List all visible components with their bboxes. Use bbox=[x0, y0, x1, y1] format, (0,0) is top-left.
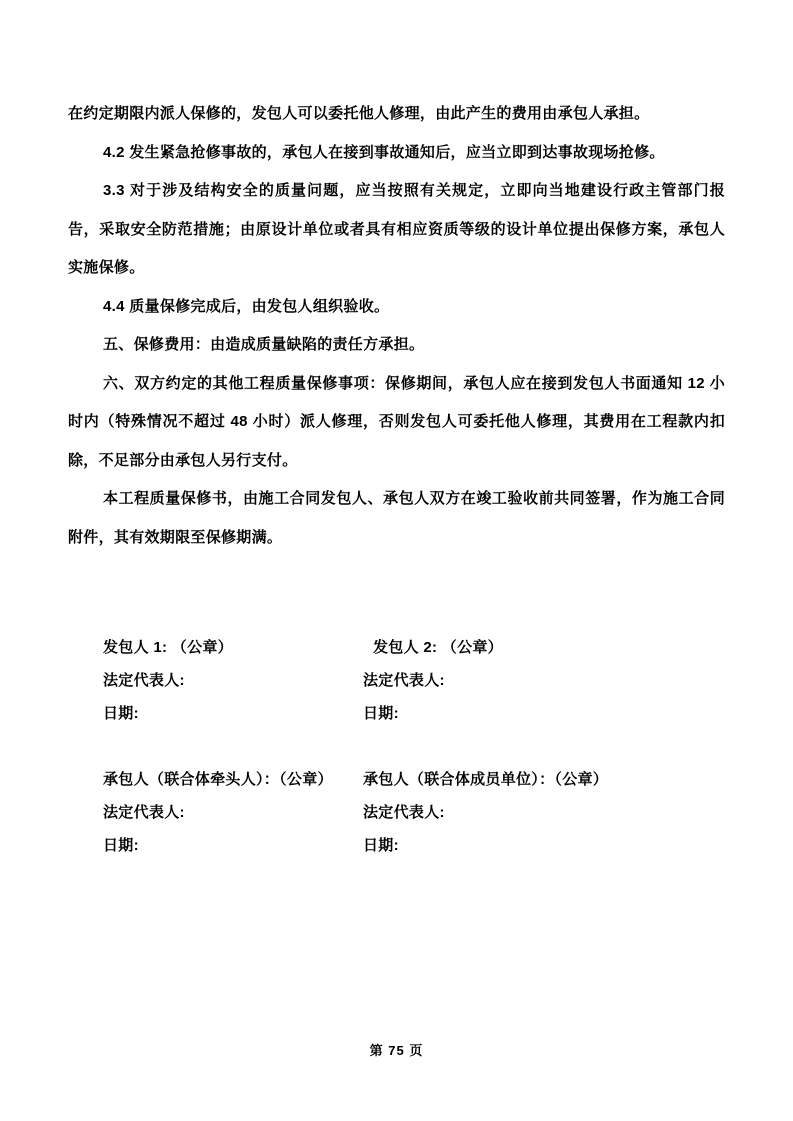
legal-representative-label: 法定代表人: bbox=[103, 664, 363, 697]
signature-employer-1: 发包人 1: （公章） 法定代表人: 日期: bbox=[103, 631, 363, 730]
signature-employer-2: 发包人 2: （公章） 法定代表人: 日期: bbox=[363, 631, 725, 730]
signature-contractor-member: 承包人（联合体成员单位）：（公章） 法定代表人: 日期: bbox=[363, 763, 725, 862]
paragraph-clause-3-3: 3.3 对于涉及结构安全的质量问题，应当按照有关规定，立即向当地建设行政主管部门… bbox=[68, 172, 725, 288]
signature-contractor-lead: 承包人（联合体牵头人）：（公章） 法定代表人: 日期: bbox=[103, 763, 363, 862]
legal-representative-label: 法定代表人: bbox=[363, 664, 725, 697]
signature-block-employer: 发包人 1: （公章） 法定代表人: 日期: 发包人 2: （公章） 法定代表人… bbox=[103, 631, 725, 730]
party-seal-label: 发包人 1: （公章） bbox=[103, 631, 363, 664]
page-number: 第 75 页 bbox=[0, 1040, 793, 1059]
signature-block-contractor: 承包人（联合体牵头人）：（公章） 法定代表人: 日期: 承包人（联合体成员单位）… bbox=[103, 763, 725, 862]
date-label: 日期: bbox=[103, 829, 363, 862]
date-label: 日期: bbox=[363, 829, 725, 862]
paragraph-clause-4-4: 4.4 质量保修完成后，由发包人组织验收。 bbox=[68, 288, 725, 327]
party-seal-label: 承包人（联合体成员单位）：（公章） bbox=[363, 763, 725, 796]
paragraph-closing: 本工程质量保修书，由施工合同发包人、承包人双方在竣工验收前共同签署，作为施工合同… bbox=[68, 480, 725, 557]
paragraph-continuation: 在约定期限内派人保修的，发包人可以委托他人修理，由此产生的费用由承包人承担。 bbox=[68, 95, 725, 134]
paragraph-clause-6: 六、双方约定的其他工程质量保修事项：保修期间，承包人应在接到发包人书面通知 12… bbox=[68, 365, 725, 481]
document-page: 在约定期限内派人保修的，发包人可以委托他人修理，由此产生的费用由承包人承担。 4… bbox=[0, 0, 793, 1121]
document-body: 在约定期限内派人保修的，发包人可以委托他人修理，由此产生的费用由承包人承担。 4… bbox=[0, 0, 793, 862]
legal-representative-label: 法定代表人: bbox=[103, 796, 363, 829]
party-seal-label: 发包人 2: （公章） bbox=[363, 631, 725, 664]
paragraph-clause-5: 五、保修费用：由造成质量缺陷的责任方承担。 bbox=[68, 326, 725, 365]
date-label: 日期: bbox=[103, 697, 363, 730]
paragraph-clause-4-2: 4.2 发生紧急抢修事故的，承包人在接到事故通知后，应当立即到达事故现场抢修。 bbox=[68, 134, 725, 173]
legal-representative-label: 法定代表人: bbox=[363, 796, 725, 829]
party-seal-label: 承包人（联合体牵头人）：（公章） bbox=[103, 763, 363, 796]
date-label: 日期: bbox=[363, 697, 725, 730]
